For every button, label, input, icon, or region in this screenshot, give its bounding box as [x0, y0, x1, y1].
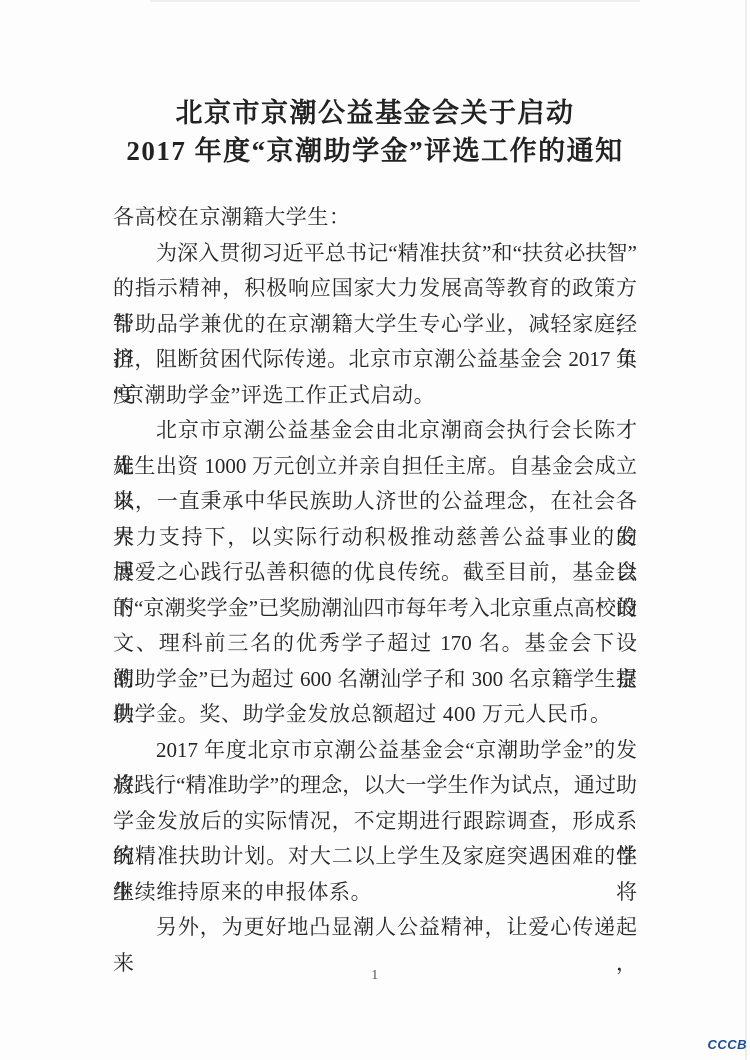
- body-text-line: 2017 年度北京市京潮公益基金会“京潮助学金”的发放: [113, 733, 637, 769]
- body-text-line: 为深入贯彻习近平总书记“精准扶贫”和“扶贫必扶智”: [113, 236, 637, 272]
- scan-artifact-top-edge: [150, 0, 640, 2]
- body-text-line: “京潮助学金”评选工作正式启动。: [113, 378, 637, 414]
- document-title-line-2: 2017 年度“京潮助学金”评选工作的通知: [0, 134, 750, 168]
- body-text-line: 的精准扶助计划。对大二以上学生及家庭突遇困难的学生将: [113, 839, 637, 875]
- body-text-line: 大力支持下，以实际行动积极推动慈善公益事业的发展，以: [113, 520, 637, 556]
- scanned-document-page: 北京市京潮公益基金会关于启动 2017 年度“京潮助学金”评选工作的通知 各高校…: [0, 0, 750, 1060]
- body-text-line: 潮助学金”已为超过 600 名潮汕学子和 300 名京籍学生提供: [113, 662, 637, 698]
- body-text-line: 的指示精神，积极响应国家大力发展高等教育的政策方针，: [113, 271, 637, 307]
- cccb-watermark-logo: CCCB: [707, 1037, 747, 1052]
- body-text-line: 另外，为更好地凸显潮人公益精神，让爱心传递起来，: [113, 910, 637, 946]
- body-text-line: 帮助品学兼优的在京潮籍大学生专心学业，减轻家庭经济负: [113, 307, 637, 343]
- body-text-line: 担，阻断贫困代际传递。北京市京潮公益基金会 2017 年度: [113, 342, 637, 378]
- body-text-line: 北京市京潮公益基金会由北京潮商会执行会长陈才雄: [113, 413, 637, 449]
- document-body: 各高校在京潮籍大学生：为深入贯彻习近平总书记“精准扶贫”和“扶贫必扶智”的指示精…: [113, 200, 637, 946]
- body-text-line: 各高校在京潮籍大学生：: [113, 200, 637, 236]
- body-text-line: 文、理科前三名的优秀学子超过 170 名。基金会下设的“京: [113, 626, 637, 662]
- body-text-line: 学金发放后的实际情况，不定期进行跟踪调查，形成系统性: [113, 804, 637, 840]
- body-text-line: 来，一直秉承中华民族助人济世的公益理念，在社会各界的: [113, 484, 637, 520]
- document-title-line-1: 北京市京潮公益基金会关于启动: [0, 96, 750, 130]
- body-text-line: 博爱之心践行弘善积德的优良传统。截至目前，基金会下设: [113, 555, 637, 591]
- body-text-line: 助学金。奖、助学金发放总额超过 400 万元人民币。: [113, 697, 637, 733]
- body-text-line: 的“京潮奖学金”已奖励潮汕四市每年考入北京重点高校的: [113, 591, 637, 627]
- body-text-line: 先生出资 1000 万元创立并亲自担任主席。自基金会成立以: [113, 449, 637, 485]
- page-number: 1: [0, 968, 750, 984]
- body-text-line: 将践行“精准助学”的理念，以大一学生作为试点，通过助: [113, 768, 637, 804]
